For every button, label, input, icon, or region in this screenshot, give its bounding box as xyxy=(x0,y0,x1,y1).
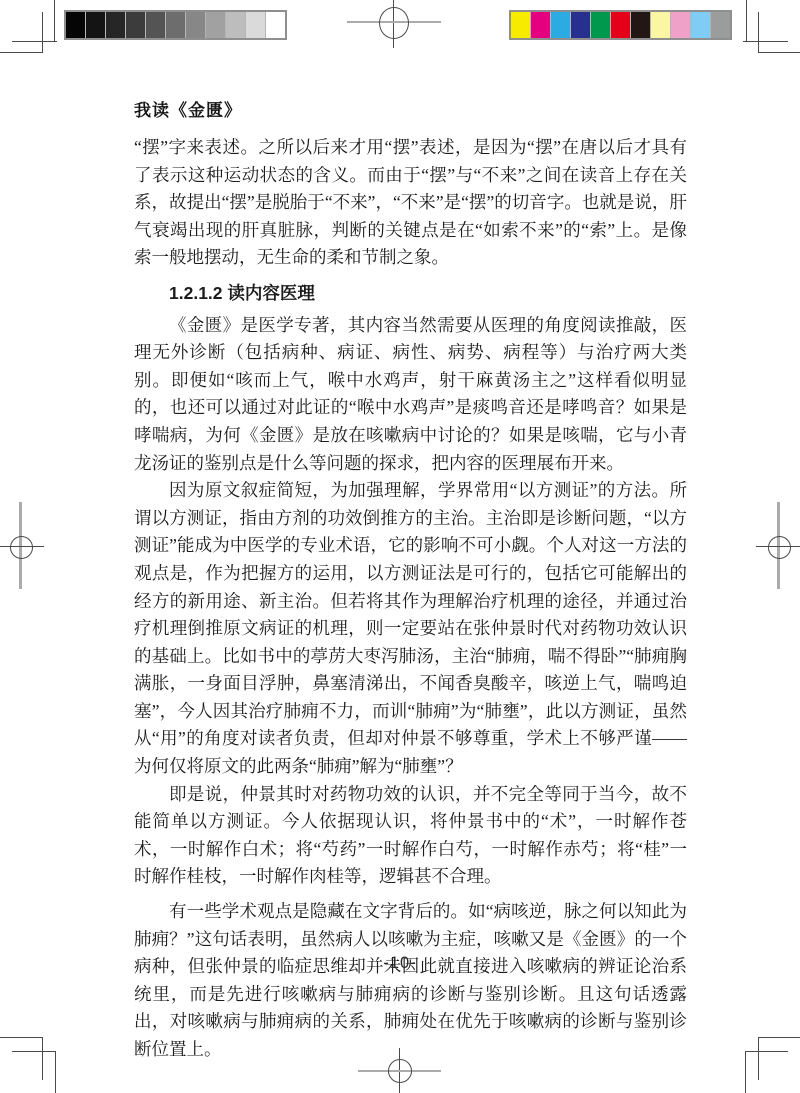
crop-mark-bottom-left xyxy=(12,1051,55,1052)
crop-mark-top-left xyxy=(42,12,43,53)
page-number: -10- xyxy=(0,954,800,973)
paragraph: 因为原文叙症简短，为加强理解，学界常用“以方测证”的方法。所谓以方测证，指由方剂… xyxy=(134,477,687,781)
color-swatch xyxy=(690,12,710,38)
grayscale-swatch xyxy=(66,12,85,38)
registration-mark-top-circle xyxy=(379,7,409,39)
color-swatch xyxy=(590,12,610,38)
crop-mark-top-right xyxy=(758,12,759,53)
crop-mark-bottom-left xyxy=(42,1037,43,1080)
grayscale-swatch xyxy=(85,12,105,38)
color-swatch xyxy=(650,12,670,38)
crop-mark-top-right xyxy=(758,52,800,53)
paragraph: 有一些学术观点是隐藏在文字背后的。如“病咳逆，脉之何以知此为肺痈？”这句话表明，… xyxy=(134,898,687,1064)
crop-mark-top-left xyxy=(12,41,57,42)
color-swatch xyxy=(511,12,530,38)
registration-mark-right-circle xyxy=(768,536,791,559)
grayscale-swatch xyxy=(245,12,265,38)
color-swatch xyxy=(550,12,570,38)
grayscale-swatch xyxy=(205,12,225,38)
paragraph: “摆”字来表述。之所以后来才用“摆”表述，是因为“摆”在唐以后才具有了表示这种运… xyxy=(134,134,687,272)
color-swatch xyxy=(670,12,690,38)
grayscale-swatch xyxy=(265,12,285,38)
crop-mark-bottom-left xyxy=(55,1051,56,1093)
section-heading: 1.2.1.2 读内容医理 xyxy=(134,280,687,308)
color-swatch xyxy=(530,12,550,38)
grayscale-swatch xyxy=(145,12,165,38)
grayscale-swatch xyxy=(165,12,185,38)
paragraph: 《金匮》是医学专著，其内容当然需要从医理的角度阅读推敲，医理无外诊断（包括病种、… xyxy=(134,312,687,478)
crop-mark-bottom-right xyxy=(758,1037,800,1038)
scanned-book-page: { "document": { "running_header": "我读《金匮… xyxy=(0,0,800,1093)
crop-mark-top-left xyxy=(0,52,42,53)
crop-mark-top-right xyxy=(743,41,788,42)
grayscale-swatch xyxy=(105,12,125,38)
page-text-block: “摆”字来表述。之所以后来才用“摆”表述，是因为“摆”在唐以后才具有了表示这种运… xyxy=(134,134,687,1064)
registration-mark-left-circle xyxy=(10,536,33,559)
color-swatch xyxy=(710,12,730,38)
crop-mark-top-right xyxy=(746,0,747,41)
running-header: 我读《金匮》 xyxy=(134,96,242,121)
crop-mark-bottom-left xyxy=(0,1037,42,1038)
grayscale-swatch xyxy=(125,12,145,38)
grayscale-calibration-bar xyxy=(64,10,287,40)
crop-mark-bottom-right xyxy=(745,1051,746,1093)
crop-mark-bottom-right xyxy=(745,1051,788,1052)
crop-mark-top-left xyxy=(54,0,55,41)
color-swatch xyxy=(570,12,590,38)
crop-mark-bottom-right xyxy=(758,1037,759,1080)
grayscale-swatch xyxy=(185,12,205,38)
color-calibration-bar xyxy=(509,10,732,40)
paragraph: 即是说，仲景其时对药物功效的认识，并不完全等同于当今，故不能简单以方测证。今人依… xyxy=(134,781,687,891)
color-swatch xyxy=(630,12,650,38)
color-swatch xyxy=(610,12,630,38)
grayscale-swatch xyxy=(225,12,245,38)
